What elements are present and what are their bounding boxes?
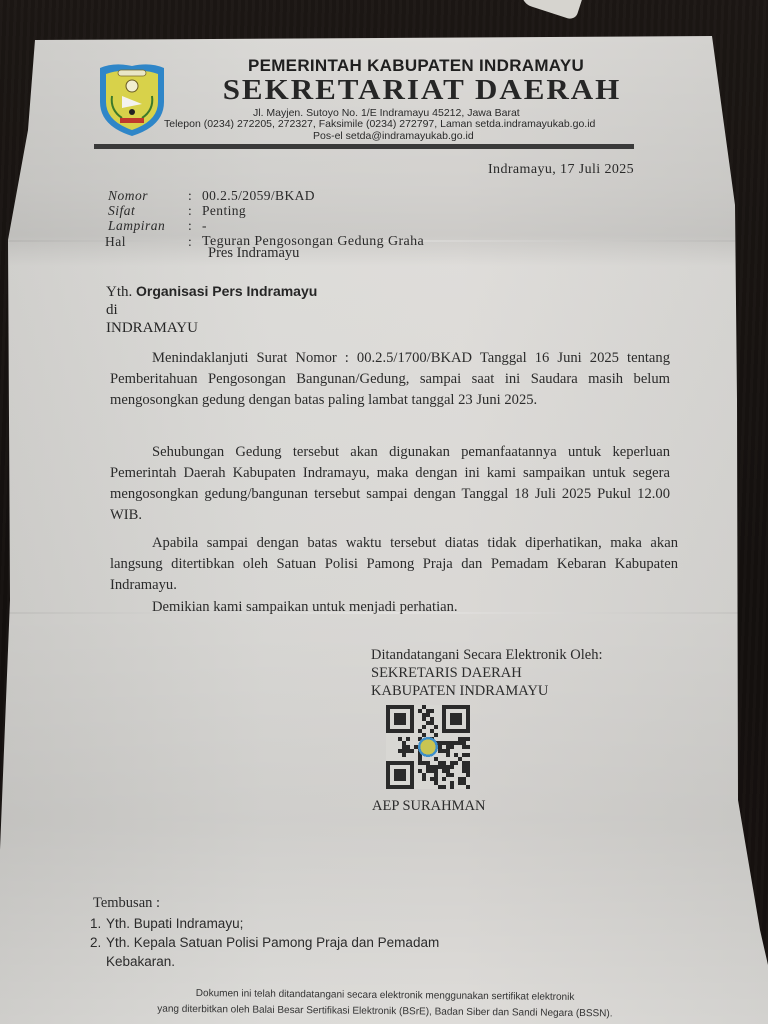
signer-position: SEKRETARIS DAERAH	[371, 664, 603, 682]
meta-value-continuation: Pres Indramayu	[208, 245, 299, 262]
office-contact: Telepon (0234) 272205, 272327, Faksimile…	[164, 118, 595, 130]
meta-value: Penting	[202, 203, 246, 218]
office-email: Pos-el setda@indramayukab.go.id	[313, 130, 474, 142]
signer-name: AEP SURAHMAN	[372, 798, 485, 815]
meta-row-sifat: Sifat : Penting	[108, 203, 424, 218]
e-signature-footer: Dokumen ini telah ditandatangani secara …	[115, 985, 655, 1023]
letter-meta: Nomor : 00.2.5/2059/BKAD Sifat : Penting…	[108, 188, 424, 252]
meta-label: Sifat	[108, 203, 188, 218]
meta-separator: :	[188, 188, 202, 203]
office-name: SEKRETARIAT DAERAH	[222, 73, 622, 106]
signed-by-line: Ditandatangani Secara Elektronik Oleh:	[371, 646, 603, 664]
meta-row-lampiran: Lampiran : -	[108, 218, 424, 233]
meta-value: 00.2.5/2059/BKAD	[202, 188, 315, 203]
letter-paper: PEMERINTAH KABUPATEN INDRAMAYU SEKRETARI…	[0, 0, 768, 1024]
recipient-block: Yth. Organisasi Pers Indramayu di INDRAM…	[106, 282, 317, 337]
copies-list: 1. Yth. Bupati Indramayu; 2. Yth. Kepala…	[90, 914, 439, 971]
signature-block: Ditandatangani Secara Elektronik Oleh: S…	[371, 646, 603, 700]
body-paragraph: Menindaklanjuti Surat Nomor : 00.2.5/170…	[110, 348, 670, 411]
recipient-place: INDRAMAYU	[106, 319, 317, 337]
copies-item-continuation: Kebakaran.	[90, 952, 439, 971]
body-paragraph: Apabila sampai dengan batas waktu terseb…	[110, 533, 678, 596]
meta-separator: :	[188, 203, 202, 218]
copies-item: 1. Yth. Bupati Indramayu;	[90, 914, 439, 933]
letterhead-divider	[94, 144, 634, 149]
meta-separator: :	[188, 234, 202, 252]
meta-separator: :	[188, 218, 202, 233]
recipient-name: Organisasi Pers Indramayu	[136, 283, 317, 299]
meta-label: Lampiran	[108, 218, 188, 233]
regency-coat-of-arms-icon	[94, 60, 170, 138]
meta-label: Nomor	[108, 188, 188, 203]
meta-label: Hal	[105, 234, 188, 252]
recipient-at: di	[106, 301, 317, 319]
recipient-salutation: Yth.	[106, 284, 132, 300]
letter-date: Indramayu, 17 Juli 2025	[488, 162, 634, 178]
closing-paragraph: Demikian kami sampaikan untuk menjadi pe…	[110, 597, 670, 618]
body-paragraph: Sehubungan Gedung tersebut akan digunaka…	[110, 442, 670, 526]
meta-row-nomor: Nomor : 00.2.5/2059/BKAD	[108, 188, 424, 203]
signer-institution: KABUPATEN INDRAMAYU	[371, 682, 603, 700]
copies-title: Tembusan :	[93, 895, 160, 912]
copies-item: 2. Yth. Kepala Satuan Polisi Pamong Praj…	[90, 933, 439, 952]
qr-code-icon	[386, 705, 470, 789]
meta-value: -	[202, 218, 207, 233]
